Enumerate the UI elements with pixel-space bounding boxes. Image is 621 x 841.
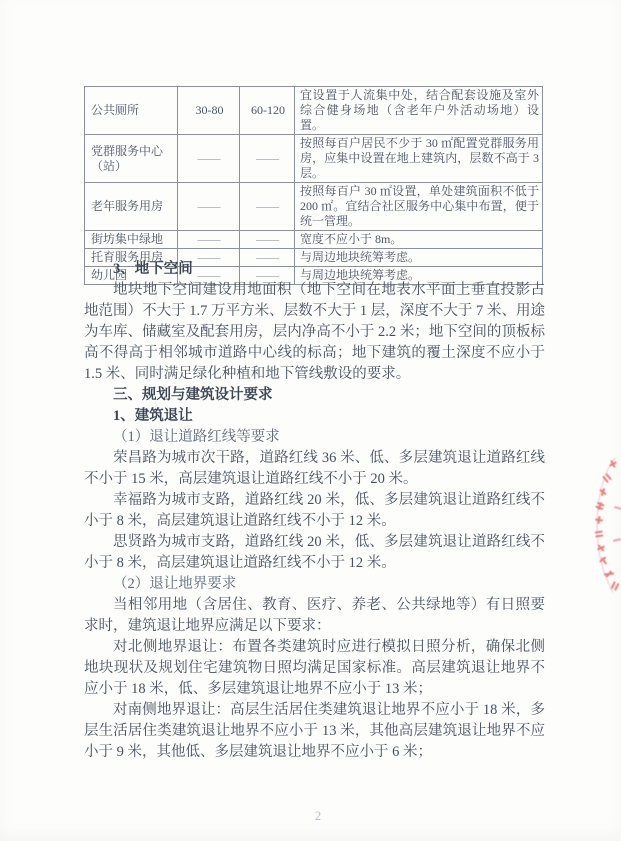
paragraph: 对北侧地界退让：布置各类建筑时应进行模拟日照分析，确保北侧地块现状及规划住宅建筑… xyxy=(84,637,545,700)
row-value1-cell: 30-80 xyxy=(178,87,240,135)
row-name-cell: 街坊集中绿地 xyxy=(85,231,178,249)
table-row: 老年服务用房————按照每百户 30 ㎡设置，单处建筑面积不低于 200 ㎡。宜… xyxy=(85,183,543,231)
row-desc-cell: 按照每百户 30 ㎡设置，单处建筑面积不低于 200 ㎡。宜结合社区服务中心集中… xyxy=(295,183,543,231)
paragraph: （1）退让道路红线等要求 xyxy=(84,427,545,448)
table-row: 公共厕所30-8060-120宜设置于人流集中处，结合配套设施及室外综合健身场地… xyxy=(85,87,543,135)
row-name-cell: 老年服务用房 xyxy=(85,183,178,231)
table-row: 街坊集中绿地————宽度不应小于 8m。 xyxy=(85,231,543,249)
row-value2-cell: 60-120 xyxy=(240,87,295,135)
section-heading: 三、规划与建筑设计要求 xyxy=(84,385,545,406)
facilities-table-body: 公共厕所30-8060-120宜设置于人流集中处，结合配套设施及室外综合健身场地… xyxy=(85,87,543,285)
row-desc-cell: 宜设置于人流集中处，结合配套设施及室外综合健身场地（含老年户外活动场地）设置。 xyxy=(295,87,543,135)
document-body: 3、地下空间地块地下空间建设用地面积（地下空间在地表水平面上垂直投影占地范围）不… xyxy=(84,259,545,763)
row-desc-cell: 按照每百户居民不少于 30 ㎡配置党群服务用房，应集中设置在地上建筑内，层数不高… xyxy=(295,135,543,183)
row-desc-cell: 宽度不应小于 8m。 xyxy=(295,231,543,249)
row-value2-cell: —— xyxy=(240,135,295,183)
row-value1-cell: —— xyxy=(178,183,240,231)
section-heading: 1、建筑退让 xyxy=(84,406,545,427)
paragraph: 地块地下空间建设用地面积（地下空间在地表水平面上垂直投影占地范围）不大于 1.7… xyxy=(84,280,545,385)
paragraph: 对南侧地界退让：高层生活居住类建筑退让地界不应小于 18 米，多层生活居住类建筑… xyxy=(84,700,545,763)
paragraph: （2）退让地界要求 xyxy=(84,574,545,595)
row-value1-cell: —— xyxy=(178,135,240,183)
row-value1-cell: —— xyxy=(178,231,240,249)
row-name-cell: 党群服务中心（站） xyxy=(85,135,178,183)
row-value2-cell: —— xyxy=(240,231,295,249)
row-name-cell: 公共厕所 xyxy=(85,87,178,135)
table-row: 党群服务中心（站）————按照每百户居民不少于 30 ㎡配置党群服务用房，应集中… xyxy=(85,135,543,183)
red-seal-stamp xyxy=(585,448,621,600)
section-heading: 3、地下空间 xyxy=(84,259,545,280)
paragraph: 荣昌路为城市次干路，道路红线 36 米、低、多层建筑退让道路红线不小于 15 米… xyxy=(84,448,545,490)
paragraph: 当相邻用地（含居住、教育、医疗、养老、公共绿地等）有日照要求时，建筑退让地界应满… xyxy=(84,595,545,637)
page-number: 2 xyxy=(0,808,621,824)
facilities-table: 公共厕所30-8060-120宜设置于人流集中处，结合配套设施及室外综合健身场地… xyxy=(84,86,543,285)
paragraph: 思贤路为城市支路，道路红线 20 米，低、多层建筑退让道路红线不小于 8 米，高… xyxy=(84,532,545,574)
document-page: 公共厕所30-8060-120宜设置于人流集中处，结合配套设施及室外综合健身场地… xyxy=(0,0,621,841)
paragraph: 幸福路为城市支路，道路红线 20 米，低、多层建筑退让道路红线不小于 8 米，高… xyxy=(84,490,545,532)
row-value2-cell: —— xyxy=(240,183,295,231)
